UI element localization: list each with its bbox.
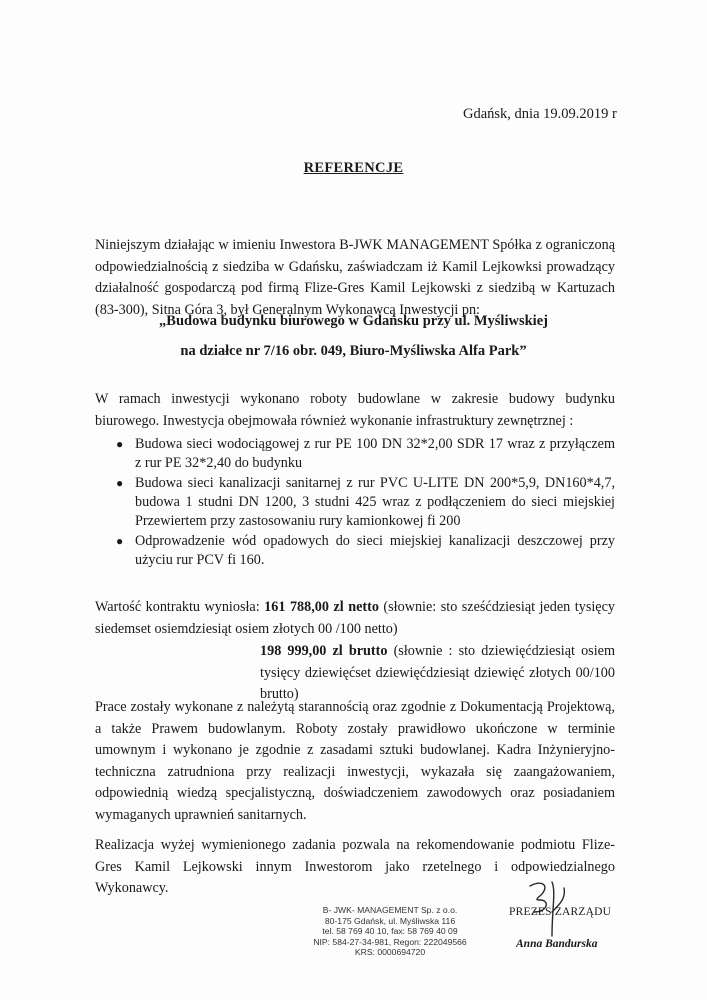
contract-value-brutto: 198 999,00 zl brutto (słownie : sto dzie… [260,641,615,706]
intro-paragraph: Niniejszym działając w imieniu Inwestora… [95,235,615,321]
scope-paragraph: W ramach inwestycji wykonano roboty budo… [95,389,615,432]
document-page: Gdańsk, dnia 19.09.2019 r REFERENCJE Nin… [0,0,707,1000]
contract-value-netto: Wartość kontraktu wyniosła: 161 788,00 z… [95,597,615,640]
quality-paragraph: Prace zostały wykonane z należytą staran… [95,697,615,826]
place-date: Gdańsk, dnia 19.09.2019 r [463,106,617,123]
stamp-line: NIP: 584-27-34-981, Regon: 222049566 [300,937,480,948]
signatory-title: PREZES ZARZĄDU [509,906,611,918]
list-item: ●Budowa sieci kanalizacji sanitarnej z r… [95,474,615,531]
bullet-icon: ● [116,435,123,454]
list-item: ●Budowa sieci wodociągowej z rur PE 100 … [95,435,615,473]
signatory-name: Anna Bandurska [516,938,598,950]
stamp-line: 80-175 Gdańsk, ul. Myśliwska 116 [300,916,480,927]
document-title: REFERENCJE [0,160,707,177]
bullet-icon: ● [116,532,123,551]
scope-bullet-list: ●Budowa sieci wodociągowej z rur PE 100 … [95,435,615,571]
stamp-line: tel. 58 769 40 10, fax: 58 769 40 09 [300,926,480,937]
contract-label: Wartość kontraktu wyniosła: [95,599,264,615]
project-name-line-2: na działce nr 7/16 obr. 049, Biuro-Myśli… [0,343,707,360]
brutto-amount: 198 999,00 zl brutto [260,643,387,659]
netto-amount: 161 788,00 zl netto [264,599,379,615]
company-stamp: B- JWK- MANAGEMENT Sp. z o.o. 80-175 Gda… [300,905,480,958]
stamp-line: B- JWK- MANAGEMENT Sp. z o.o. [300,905,480,916]
project-name-line-1: „Budowa budynku biurowego w Gdańsku przy… [0,313,707,330]
list-item: ●Odprowadzenie wód opadowych do sieci mi… [95,532,615,570]
bullet-icon: ● [116,474,123,493]
stamp-line: KRS: 0000694720 [300,947,480,958]
